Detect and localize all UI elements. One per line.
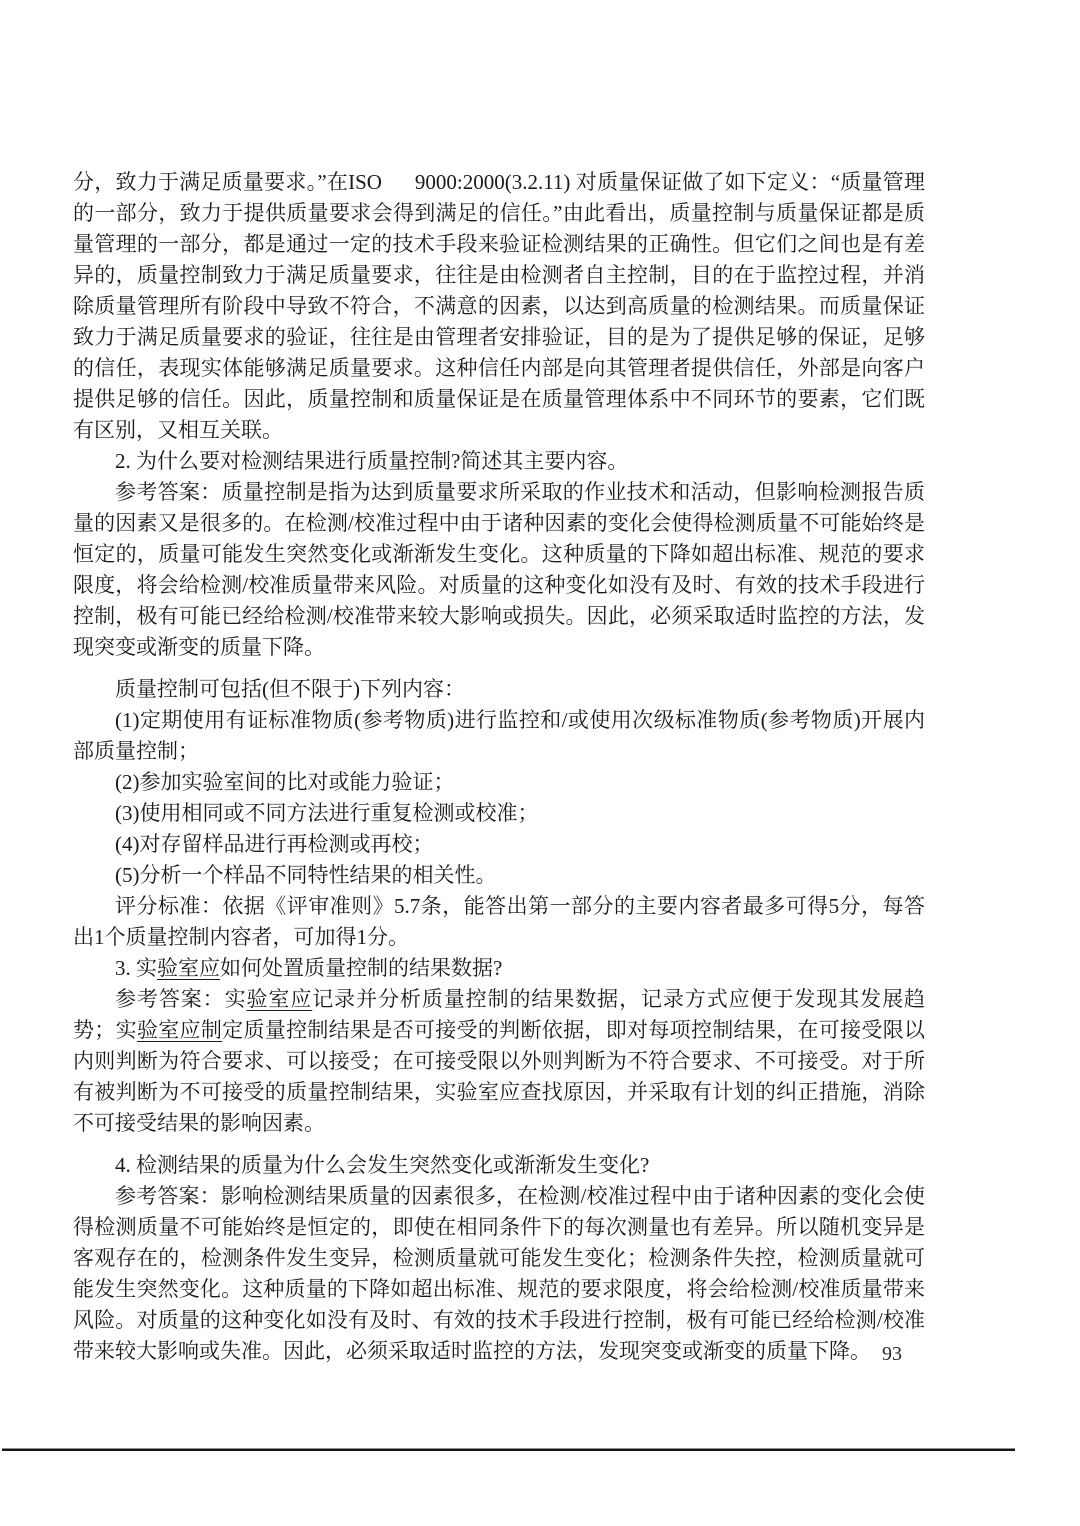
paragraph-answer-4: 参考答案：影响检测结果质量的因素很多，在检测/校准过程中由于诸种因素的变化会使得… xyxy=(73,1181,925,1367)
underlined-text: 验室应 xyxy=(157,956,220,980)
text-run: 质量控制可包括(但不限于)下列内容： xyxy=(115,677,465,701)
text-run: 参考答案：质量控制是指为达到质量要求所采取的作业技术和活动，但影响检测报告质量的… xyxy=(73,480,925,659)
text-run: (4)对存留样品进行再检测或再校； xyxy=(115,832,434,856)
text-run: (2)参加实验室间的比对或能力验证； xyxy=(115,770,455,794)
paragraph-question-3: 3. 实验室应如何处置质量控制的结果数据? xyxy=(73,953,925,984)
page-number: 93 xyxy=(882,1342,902,1366)
page-text: 分，致力于满足质量要求。”在ISO 9000:2000(3.2.11) 对质量保… xyxy=(73,167,925,1367)
text-run: (1)定期使用有证标准物质(参考物质)进行监控和/或使用次级标准物质(参考物质)… xyxy=(73,708,925,763)
paragraph-question-2: 2. 为什么要对检测结果进行质量控制?简述其主要内容。 xyxy=(73,446,925,477)
text-run: 评分标准：依据《评审准则》5.7条，能答出第一部分的主要内容者最多可得5分，每答… xyxy=(73,894,925,949)
paragraph-list-item-2: (2)参加实验室间的比对或能力验证； xyxy=(73,767,925,798)
document-page: 分，致力于满足质量要求。”在ISO 9000:2000(3.2.11) 对质量保… xyxy=(0,0,1080,1526)
underlined-text: 验室应 xyxy=(247,987,313,1011)
text-run: 参考答案：实 xyxy=(115,987,247,1011)
paragraph-scoring: 评分标准：依据《评审准则》5.7条，能答出第一部分的主要内容者最多可得5分，每答… xyxy=(73,891,925,953)
text-run: 分，致力于满足质量要求。”在ISO 9000:2000(3.2.11) 对质量保… xyxy=(73,170,925,442)
paragraph-continuation: 分，致力于满足质量要求。”在ISO 9000:2000(3.2.11) 对质量保… xyxy=(73,167,925,446)
paragraph-lead-in: 质量控制可包括(但不限于)下列内容： xyxy=(73,674,925,705)
text-run: 如何处置质量控制的结果数据? xyxy=(220,956,502,980)
paragraph-list-item-1: (1)定期使用有证标准物质(参考物质)进行监控和/或使用次级标准物质(参考物质)… xyxy=(73,705,925,767)
text-run: 参考答案：影响检测结果质量的因素很多，在检测/校准过程中由于诸种因素的变化会使得… xyxy=(73,1184,925,1363)
text-run: (5)分析一个样品不同特性结果的相关性。 xyxy=(115,863,497,887)
paragraph-list-item-5: (5)分析一个样品不同特性结果的相关性。 xyxy=(73,860,925,891)
paragraph-list-item-3: (3)使用相同或不同方法进行重复检测或校准； xyxy=(73,798,925,829)
text-run: 4. 检测结果的质量为什么会发生突然变化或渐渐发生变化? xyxy=(115,1153,649,1177)
paragraph-list-item-4: (4)对存留样品进行再检测或再校； xyxy=(73,829,925,860)
paragraph-answer-2: 参考答案：质量控制是指为达到质量要求所采取的作业技术和活动，但影响检测报告质量的… xyxy=(73,477,925,663)
text-run: 2. 为什么要对检测结果进行质量控制?简述其主要内容。 xyxy=(115,449,628,473)
paragraph-answer-3: 参考答案：实验室应记录并分析质量控制的结果数据，记录方式应便于发现其发展趋势；实… xyxy=(73,984,925,1139)
underlined-text: 验室应制 xyxy=(137,1018,222,1042)
text-run: (3)使用相同或不同方法进行重复检测或校准； xyxy=(115,801,539,825)
text-run: 3. 实 xyxy=(115,956,157,980)
paragraph-question-4: 4. 检测结果的质量为什么会发生突然变化或渐渐发生变化? xyxy=(73,1150,925,1181)
footer-rule xyxy=(2,1448,1015,1451)
